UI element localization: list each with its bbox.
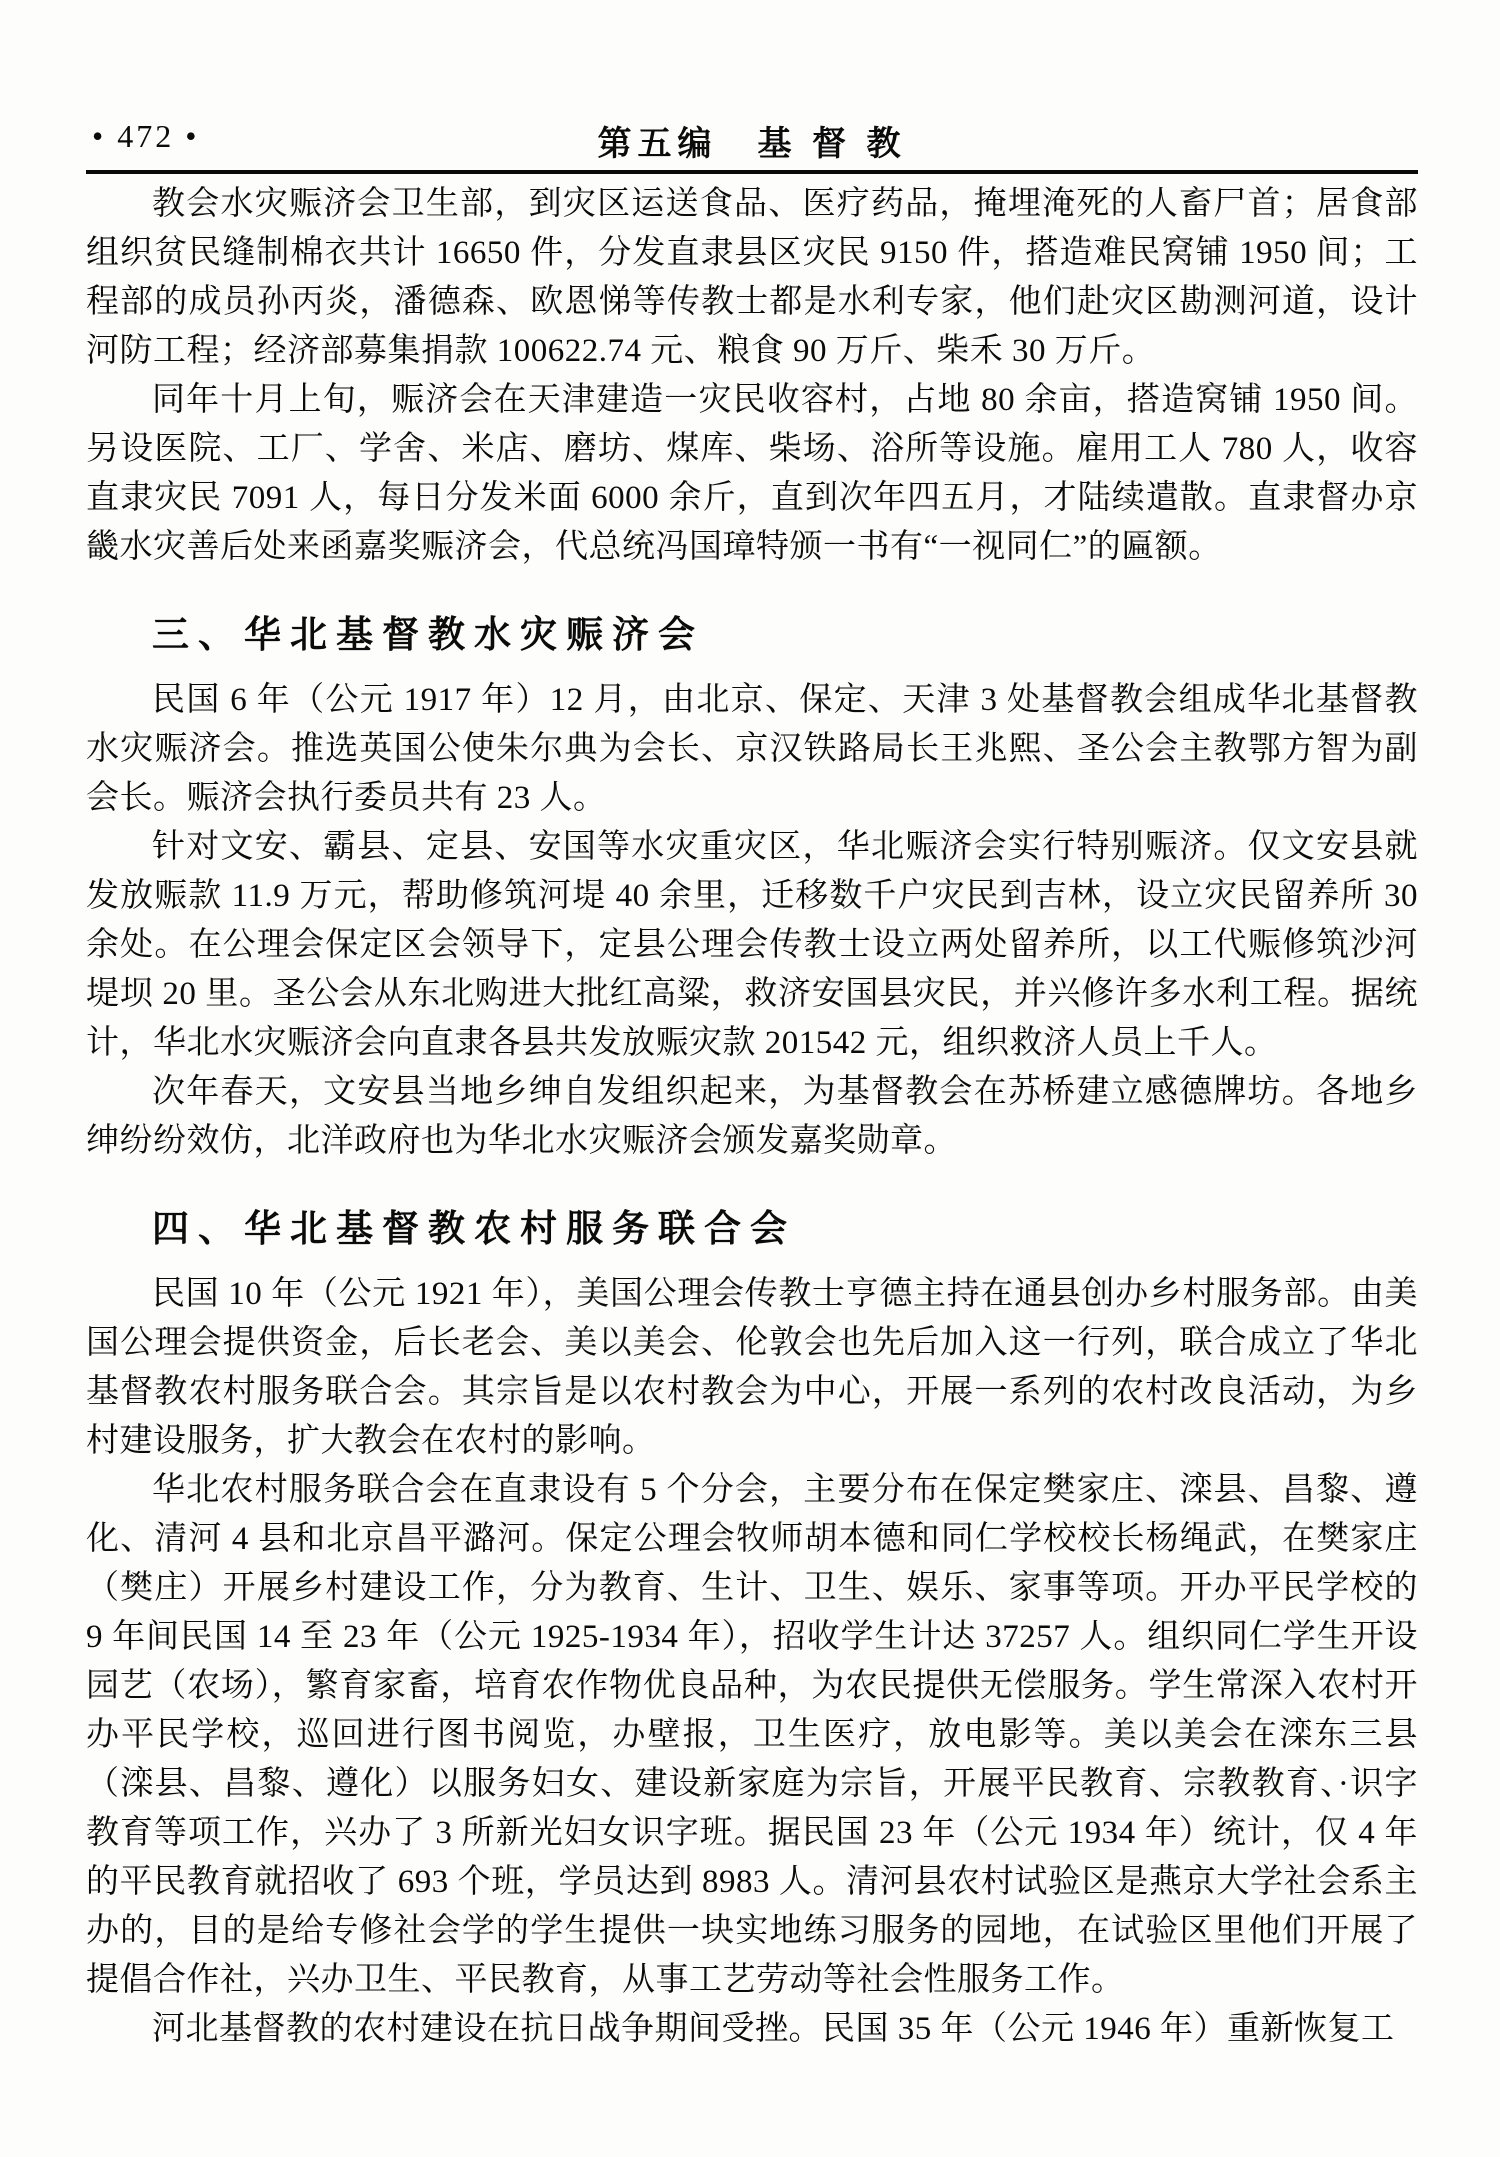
paragraph-federation-founding: 民国 10 年（公元 1921 年），美国公理会传教士亨德主持在通县创办乡村服务… [86,1270,1418,1466]
paragraph-gratitude-archway: 次年春天，文安县当地乡绅自发组织起来，为基督教会在苏桥建立感德牌坊。各地乡绅纷纷… [86,1068,1418,1166]
running-title: 第五编 基 督 教 [86,116,1418,165]
paragraph-relief-committee-founding: 民国 6 年（公元 1917 年）12 月，由北京、保定、天津 3 处基督教会组… [86,676,1418,823]
paragraph-tianjin-refugee-village: 同年十月上旬，赈济会在天津建造一灾民收容村，占地 80 余亩，搭造窝铺 1950… [86,376,1418,572]
book-page: • 472 • 第五编 基 督 教 教会水灾赈济会卫生部，到灾区运送食品、医疗药… [0,0,1500,2157]
paragraph-federation-branches: 华北农村服务联合会在直隶设有 5 个分会，主要分布在保定樊家庄、滦县、昌黎、遵化… [86,1466,1418,2005]
section-heading-rural-service-federation: 四、华北基督教农村服务联合会 [152,1210,1418,1250]
section-heading-north-china-flood-relief: 三、华北基督教水灾赈济会 [152,616,1418,656]
paragraph-wartime-setback: 河北基督教的农村建设在抗日战争期间受挫。民国 35 年（公元 1946 年）重新… [86,2005,1418,2054]
paragraph-church-relief-departments: 教会水灾赈济会卫生部，到灾区运送食品、医疗药品，掩埋淹死的人畜尸首；居食部组织贫… [86,180,1418,376]
paragraph-special-relief-areas: 针对文安、霸县、定县、安国等水灾重灾区，华北赈济会实行特别赈济。仅文安县就发放赈… [86,823,1418,1068]
header-rule [86,170,1418,174]
page-header: • 472 • 第五编 基 督 教 [86,116,1418,160]
page-body: 教会水灾赈济会卫生部，到灾区运送食品、医疗药品，掩埋淹死的人畜尸首；居食部组织贫… [86,180,1418,2054]
